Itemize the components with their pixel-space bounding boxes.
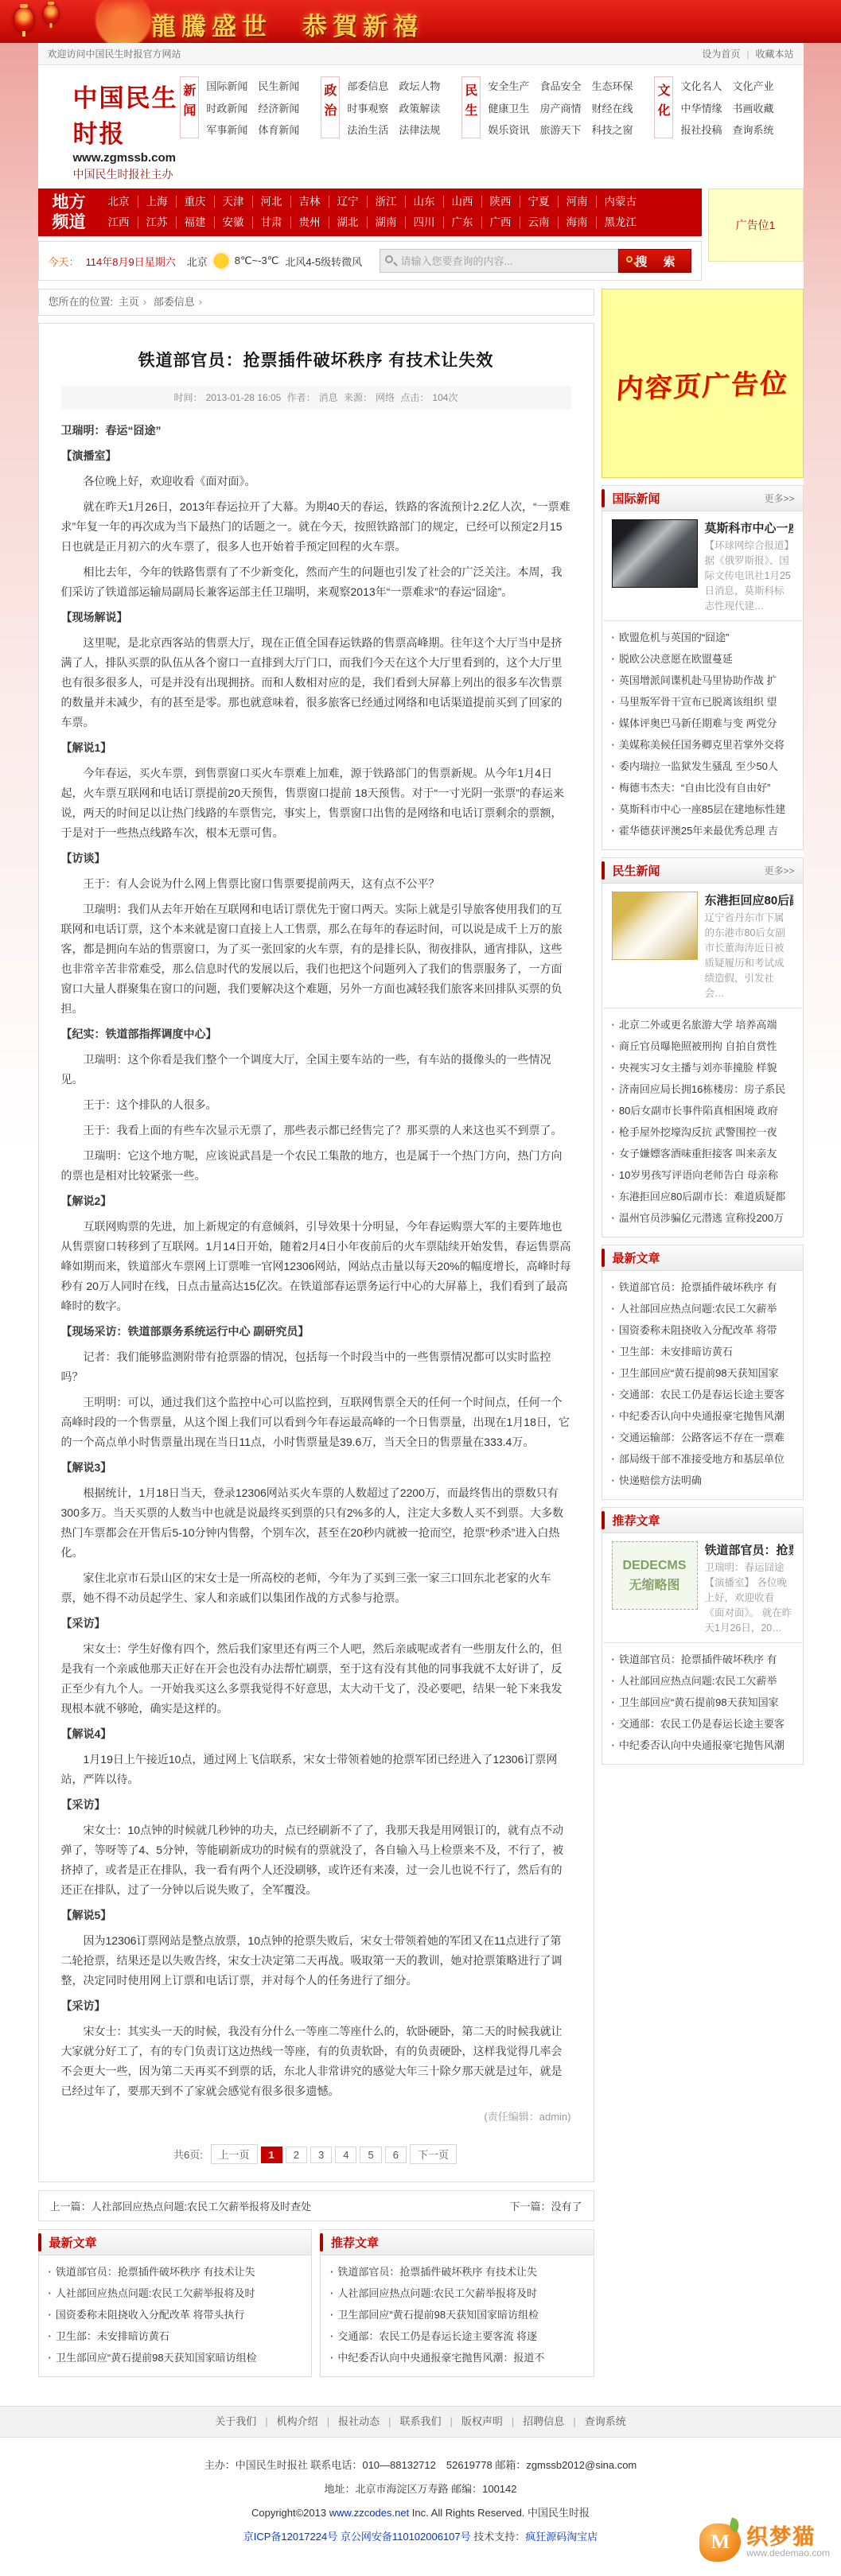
featured-news[interactable]: 莫斯科市中心一座85层 【环球网综合报道】据《俄罗斯报》、国际文传电讯社1月25… bbox=[604, 511, 801, 621]
nav-link[interactable]: 书画收藏 bbox=[732, 99, 773, 119]
region-link[interactable]: 广西 bbox=[481, 216, 520, 228]
news-list-item[interactable]: 交通运输部：公路客运不存在一票难 bbox=[612, 1427, 793, 1448]
sun-icon bbox=[214, 254, 228, 268]
article-paragraph: 今年春运，买火车票，到售票窗口买火车票难上加难，源于铁路部门的售票新规。从今年1… bbox=[61, 763, 571, 843]
article-paragraph: 就在昨天1月26日，2013年春运拉开了大幕。为期40天的春运，铁路的客流预计2… bbox=[61, 497, 571, 557]
nav-link[interactable]: 体育新闻 bbox=[258, 120, 299, 140]
news-photo bbox=[612, 519, 698, 588]
today-label: 今天： bbox=[49, 254, 80, 269]
news-list-item[interactable]: 中纪委否认向中央通报豪宅抛售风潮 bbox=[612, 1405, 793, 1427]
article-paragraph: 宋女士：其实头一天的时候，我没有分什么一等座二等座什么的，软卧硬卧，第二天的时候… bbox=[61, 2022, 571, 2101]
region-label-line1: 地方 bbox=[38, 192, 100, 212]
footer-nav-item: 报社动态 bbox=[318, 2407, 380, 2437]
news-list-item[interactable]: 铁道部官员：抢票插件破坏秩序 有 bbox=[612, 1649, 793, 1670]
nav-link[interactable]: 生态环保 bbox=[591, 76, 633, 96]
news-list-item[interactable]: 人社部回应热点问题:农民工欠薪举 bbox=[612, 1298, 793, 1319]
news-list-item[interactable]: 卫生部回应“黄石提前98天获知国家暗访组检 bbox=[49, 2347, 302, 2368]
footer-nav-link[interactable]: 联系我们 bbox=[399, 2415, 441, 2427]
article-paragraph: 这里呢，是北京西客站的售票大厅，现在正值全国春运铁路的售票高峰期。往年这个大厅当… bbox=[61, 633, 571, 732]
pagination-page[interactable]: 6 bbox=[385, 2147, 407, 2163]
no-thumbnail-placeholder: DEDECMS 无缩略图 bbox=[612, 1541, 698, 1610]
set-home-link[interactable]: 设为首页 bbox=[702, 49, 740, 60]
article-paragraph: 【解说2】 bbox=[61, 1191, 571, 1211]
support-link[interactable]: 疯狂源码淘宝店 bbox=[525, 2531, 598, 2543]
footer-line-copyright: Copyright©2013 www.zzcodes.net Inc. All … bbox=[0, 2501, 841, 2525]
footer-nav-item: 版权声明 bbox=[442, 2407, 503, 2437]
news-list-item[interactable]: 交通部：农民工仍是春运长途主要客流 将逐 bbox=[330, 2325, 584, 2347]
region-nav: 地方 频道 北京上海重庆天津河北吉林辽宁浙江山东山西陕西宁夏河南内蒙古 江西江苏… bbox=[38, 188, 702, 236]
meta-source: 网络 bbox=[376, 392, 395, 403]
region-weather-row: 地方 频道 北京上海重庆天津河北吉林辽宁浙江山东山西陕西宁夏河南内蒙古 江西江苏… bbox=[38, 188, 804, 281]
article-paragraph: 【解说4】 bbox=[61, 1724, 571, 1744]
new-year-ornament bbox=[95, 0, 151, 43]
copyright-prefix: Copyright©2013 bbox=[251, 2507, 326, 2519]
next-article-link[interactable]: 下一篇：没有了 bbox=[509, 2198, 582, 2213]
meta-clicks: 104次 bbox=[432, 392, 457, 403]
search-button-label: 搜 索 bbox=[635, 255, 681, 269]
nav-link[interactable]: 健康卫生 bbox=[488, 99, 529, 119]
news-list-item[interactable]: 莫斯科市中心一座85层在建地标性建 bbox=[612, 798, 793, 820]
region-link[interactable]: 安徽 bbox=[214, 216, 252, 228]
lantern-icon bbox=[43, 5, 58, 24]
meta-author-label: 作者： bbox=[287, 392, 316, 403]
featured-title[interactable]: 东港拒回应80后副市长 bbox=[705, 892, 793, 908]
site-logo[interactable]: 中国民生时报 www.zgmssb.com 中国民生时报社主办 bbox=[46, 75, 181, 182]
bottom-sections: 最新文章 铁道部官员：抢票插件破坏秩序 有技术让失人社部回应热点问题:农民工欠薪… bbox=[38, 2229, 594, 2377]
region-link[interactable]: 重庆 bbox=[176, 196, 214, 208]
region-link[interactable]: 山西 bbox=[443, 196, 481, 208]
news-list-item[interactable]: 铁道部官员：抢票插件破坏秩序 有技术让失 bbox=[330, 2261, 584, 2283]
footer-nav-item: 关于我们 bbox=[215, 2407, 256, 2437]
footer-nav-item: 联系我们 bbox=[380, 2407, 441, 2437]
security-license-link[interactable]: 京公网安备110102006107号 bbox=[341, 2531, 471, 2543]
search-button[interactable]: 搜 索 bbox=[618, 249, 691, 273]
article-paragraph: 【解说5】 bbox=[61, 1906, 571, 1925]
breadcrumb: 您所在的位置: 主页 部委信息 bbox=[38, 289, 594, 316]
region-link[interactable]: 湖南 bbox=[367, 216, 405, 228]
news-list-item[interactable]: 委内瑞拉一监狱发生骚乱 至少50人 bbox=[612, 756, 793, 777]
footer-nav: 关于我们机构介绍报社动态联系我们版权声明招聘信息查询系统 bbox=[0, 2406, 841, 2438]
footer-nav-link[interactable]: 关于我们 bbox=[215, 2415, 256, 2427]
breadcrumb-separator bbox=[142, 296, 148, 308]
news-list-item[interactable]: 卫生部回应“黄石提前98天获知国家 bbox=[612, 1692, 793, 1713]
news-list-item[interactable]: 80后女副市长事件陷真相困境 政府 bbox=[612, 1100, 793, 1121]
news-list-item[interactable]: 快递赔偿方法明确 bbox=[612, 1470, 793, 1491]
pagination-page[interactable]: 5 bbox=[360, 2147, 381, 2163]
article-paragraph: 【采访】 bbox=[61, 1996, 571, 2016]
article: 铁道部官员：抢票插件破坏秩序 有技术让失效 时间：2013-01-28 16:0… bbox=[38, 323, 594, 2182]
meta-time-label: 时间： bbox=[174, 392, 203, 403]
weather-bar: 今天： 114年8月9日星期六 北京 8℃~-3℃ 北风4-5级转微风 搜 索 bbox=[38, 241, 702, 281]
dedemao-logo[interactable]: M 织梦猫 www.dedemao.com bbox=[699, 2524, 830, 2562]
icp-license-link[interactable]: 京ICP备12017224号 bbox=[243, 2531, 338, 2543]
news-list-item[interactable]: 卫生部回应“黄石提前98天获知国家暗访组检 bbox=[330, 2304, 584, 2325]
news-list-item[interactable]: 国资委称未阻挠收入分配改革 将带头执行 bbox=[49, 2304, 302, 2325]
logo-title: 中国民生时报 bbox=[73, 78, 181, 150]
nav-link[interactable]: 报社投稿 bbox=[680, 120, 722, 140]
region-link[interactable]: 浙江 bbox=[367, 196, 405, 208]
page-root: 龍騰盛世 恭賀新禧 欢迎访问中国民生时报官方网站 设为首页|收藏本站 中国民生时… bbox=[0, 0, 841, 2576]
meta-source-label: 来源： bbox=[344, 392, 372, 403]
weather-city: 北京 bbox=[187, 254, 208, 269]
nav-link[interactable]: 中华情缘 bbox=[680, 99, 722, 119]
nav-tag: 新闻 bbox=[180, 76, 199, 138]
news-list-item[interactable]: 卫生部回应“黄石提前98天获知国家 bbox=[612, 1362, 793, 1384]
nav-link[interactable]: 经济新闻 bbox=[258, 99, 299, 119]
featured-summary: 【环球网综合报道】据《俄罗斯报》、国际文传电讯社1月25日消息，莫斯科标志性现代… bbox=[705, 538, 793, 614]
article-paragraph: 【纪实：铁道部指挥调度中心】 bbox=[61, 1024, 571, 1044]
news-list-item[interactable]: 媒体评奥巴马新任期难与变 两党分 bbox=[612, 713, 793, 734]
article-paragraph: 王于：有人会说为什么网上售票比窗口售票要提前两天，这有点不公平？ bbox=[61, 874, 571, 894]
nav-link[interactable]: 政策解读 bbox=[399, 99, 440, 119]
news-list-item[interactable]: 交通部：农民工仍是春运长途主要客 bbox=[612, 1384, 793, 1405]
today-date: 114年8月9日星期六 bbox=[86, 254, 176, 269]
region-link[interactable]: 甘肃 bbox=[252, 216, 290, 228]
footer-nav-link[interactable]: 版权声明 bbox=[461, 2415, 503, 2427]
footer-nav-item: 机构介绍 bbox=[256, 2407, 317, 2437]
copyright-site-link[interactable]: www.zzcodes.net bbox=[329, 2507, 409, 2519]
nav-link[interactable]: 法治生活 bbox=[347, 120, 388, 140]
nav-link[interactable]: 国际新闻 bbox=[206, 76, 247, 96]
footer-line-address: 地址：北京市海淀区万寿路 邮编：100142 bbox=[0, 2477, 841, 2501]
article-paragraph: 相比去年，今年的铁路售票有了不少新变化，然而产生的问题也引发了社会的广泛关注。本… bbox=[61, 562, 571, 602]
news-list-item[interactable]: 铁道部官员：抢票插件破坏秩序 有技术让失 bbox=[49, 2261, 302, 2283]
dedemao-cat-icon: M bbox=[699, 2524, 741, 2562]
region-link[interactable]: 吉林 bbox=[290, 196, 329, 208]
pagination-page[interactable]: 2 bbox=[286, 2147, 307, 2163]
more-link[interactable]: 更多>> bbox=[764, 864, 794, 877]
bottom-latest-articles: 最新文章 铁道部官员：抢票插件破坏秩序 有技术让失人社部回应热点问题:农民工欠薪… bbox=[38, 2229, 313, 2377]
region-link[interactable]: 江西 bbox=[100, 216, 138, 228]
region-link[interactable]: 辽宁 bbox=[329, 196, 367, 208]
footer-nav-link[interactable]: 报社动态 bbox=[338, 2415, 380, 2427]
article-paragraph: 王明明：可以，通过我们这个监控中心可以监控到，互联网售票全天的任何一个时间点，任… bbox=[61, 1393, 571, 1452]
news-list-item[interactable]: 10岁男孩写评语向老师告白 母亲称 bbox=[612, 1164, 793, 1186]
main-nav: 新闻 国际新闻民生新闻 时政新闻经济新闻 军事新闻体育新闻 政治 部委信息政坛人… bbox=[180, 75, 795, 182]
search-icon bbox=[626, 256, 633, 262]
section-title: 最新文章 bbox=[602, 1249, 660, 1266]
article-paragraph: 互联网购票的先进，加上新规定的有意倾斜，引导效果十分明显，今年春运购票大军的主要… bbox=[61, 1217, 571, 1316]
dedemao-m: M bbox=[711, 2531, 730, 2554]
news-list-item[interactable]: 央视实习女主播与刘亦菲撞脸 样貌 bbox=[612, 1057, 793, 1078]
welcome-text: 欢迎访问中国民生时报官方网站 bbox=[48, 43, 181, 64]
region-link[interactable]: 河北 bbox=[252, 196, 290, 208]
region-link[interactable]: 福建 bbox=[176, 216, 214, 228]
nav-link[interactable]: 财经在线 bbox=[591, 99, 633, 119]
site-header: 中国民生时报 www.zgmssb.com 中国民生时报社主办 新闻 国际新闻民… bbox=[38, 65, 804, 188]
article-paragraph: 宋女士：10点钟的时候就几秒钟的功夫，点已经刷新不了了，我那天我是用网银订的，就… bbox=[61, 1820, 571, 1900]
article-paragraph: 根据统计，1月18日当天，登录12306网站买火车票的人数超过了2200万，而最… bbox=[61, 1483, 571, 1563]
nav-link[interactable]: 时事观察 bbox=[347, 99, 388, 119]
region-link[interactable]: 四川 bbox=[405, 216, 443, 228]
region-link[interactable]: 广东 bbox=[443, 216, 481, 228]
news-list-item[interactable]: 美媒称美候任国务卿克里若掌外交将 bbox=[612, 734, 793, 756]
nav-link[interactable]: 娱乐资讯 bbox=[488, 120, 529, 140]
ad-slot-1[interactable]: 广告位1 bbox=[708, 188, 804, 262]
article-paragraph: 1月19日上午接近10点，通过网上飞信联系，宋女士带领着她的抢票军团已经进入了1… bbox=[61, 1750, 571, 1789]
article-paragraph: 家住北京市石景山区的宋女士是一所高校的老师，今年为了买到三张一家三口回东北老家的… bbox=[61, 1568, 571, 1608]
weather-wind: 北风4-5级转微风 bbox=[285, 254, 362, 269]
sidebar-section-world-news: 国际新闻 更多>> 莫斯科市中心一座85层 【环球网综合报道】据《俄罗斯报》、国… bbox=[602, 485, 804, 850]
article-paragraph: 各位晚上好，欢迎收看《面对面》。 bbox=[61, 472, 571, 491]
article-body: 卫瑞明：春运“囧途”【演播室】各位晚上好，欢迎收看《面对面》。就在昨天1月26日… bbox=[61, 421, 571, 2127]
article-paragraph: 【现场采访：铁道部票务系统运行中心 副研究员】 bbox=[61, 1322, 571, 1342]
news-list-item[interactable]: 东港拒回应80后副市长：难道质疑都 bbox=[612, 1186, 793, 1207]
news-list-item[interactable]: 人社部回应热点问题:农民工欠薪举报将及时 bbox=[49, 2283, 302, 2304]
region-link[interactable]: 江苏 bbox=[138, 216, 176, 228]
logo-url: www.zgmssb.com bbox=[73, 151, 181, 165]
news-photo bbox=[612, 892, 698, 960]
news-list-item[interactable]: 卫生部：未安排暗访黄石 bbox=[612, 1341, 793, 1362]
region-link[interactable]: 云南 bbox=[520, 216, 558, 228]
featured-title[interactable]: 铁道部官员：抢票插件 bbox=[705, 1541, 793, 1558]
breadcrumb-home[interactable]: 主页 bbox=[119, 296, 139, 308]
bottom-recommended-articles: 推荐文章 铁道部官员：抢票插件破坏秩序 有技术让失人社部回应热点问题:农民工欠薪… bbox=[320, 2229, 594, 2377]
meta-author: 消息 bbox=[319, 392, 338, 403]
news-list-item[interactable]: 枪手屋外挖壕沟反抗 武警围控一夜 bbox=[612, 1121, 793, 1143]
region-link[interactable]: 宁夏 bbox=[520, 196, 558, 208]
region-link[interactable]: 贵州 bbox=[290, 216, 329, 228]
news-list-item[interactable]: 济南回应局长拥16栋楼房：房子系民 bbox=[612, 1078, 793, 1100]
news-list-item[interactable]: 卫生部：未安排暗访黄石 bbox=[49, 2325, 302, 2347]
featured-summary: 辽宁省丹东市下属的东港市80后女副市长董海涛近日被质疑履历和考试成绩造假，引发社… bbox=[705, 911, 793, 1001]
news-list-item[interactable]: 温州官员涉骗亿元潜逃 宣称投200万 bbox=[612, 1207, 793, 1229]
news-list-item[interactable]: 霍华德获评澳25年来最优秀总理 吉 bbox=[612, 820, 793, 841]
news-list-item[interactable]: 女子嫌嫖客酒味重拒接客 叫来亲友 bbox=[612, 1143, 793, 1164]
nav-link[interactable]: 部委信息 bbox=[347, 76, 388, 96]
welcome-bar: 欢迎访问中国民生时报官方网站 设为首页|收藏本站 bbox=[38, 43, 804, 65]
news-list-item[interactable]: 交通部：农民工仍是春运长途主要客 bbox=[612, 1713, 793, 1735]
news-list-item[interactable]: 中纪委否认向中央通报豪宅抛售风潮 bbox=[612, 1735, 793, 1756]
nav-group-culture: 文化 文化名人文化产业 中华情缘书画收藏 报社投稿查询系统 bbox=[654, 76, 784, 182]
content-column: 您所在的位置: 主页 部委信息 铁道部官员：抢票插件破坏秩序 有技术让失效 时间… bbox=[38, 289, 594, 2388]
nav-group-news: 新闻 国际新闻民生新闻 时政新闻经济新闻 军事新闻体育新闻 bbox=[180, 76, 310, 182]
article-paragraph: 因为12306订票网站是整点放票，10点钟的抢票失败后，宋女士带领着她的军团又在… bbox=[61, 1931, 571, 1991]
region-link[interactable]: 河南 bbox=[558, 196, 596, 208]
sidebar-section-livelihood-news: 民生新闻 更多>> 东港拒回应80后副市长 辽宁省丹东市下属的东港市80后女副市… bbox=[602, 857, 804, 1237]
weather-temp: 8℃~-3℃ bbox=[235, 254, 279, 267]
nav-tag: 政治 bbox=[321, 76, 340, 138]
news-list-item[interactable]: 商丘官员曝艳照被刑拘 自拍自赏性 bbox=[612, 1035, 793, 1057]
nav-link[interactable]: 文化产业 bbox=[732, 76, 773, 96]
nav-link[interactable]: 政坛人物 bbox=[399, 76, 440, 96]
banner-greeting: 龍騰盛世 恭賀新禧 bbox=[151, 6, 423, 42]
lantern-icon bbox=[14, 8, 33, 32]
region-link[interactable]: 内蒙古 bbox=[596, 196, 645, 208]
nav-link[interactable]: 房产商情 bbox=[539, 99, 581, 119]
footer-nav-item: 招聘信息 bbox=[503, 2407, 564, 2437]
nav-tag: 民生 bbox=[461, 76, 481, 138]
section-title: 推荐文章 bbox=[602, 1512, 660, 1529]
featured-news[interactable]: 东港拒回应80后副市长 辽宁省丹东市下属的东港市80后女副市长董海涛近日被质疑履… bbox=[604, 884, 801, 1008]
meta-clicks-label: 点击： bbox=[400, 392, 429, 403]
news-list-item[interactable]: 英国增派间谍机赴马里协助作战 扩 bbox=[612, 670, 793, 691]
sidebar-section-recommended-articles: 推荐文章 DEDECMS 无缩略图 铁道部官员：抢票插件 卫瑞明：春运囧途 【演… bbox=[602, 1507, 804, 1765]
more-link[interactable]: 更多>> bbox=[764, 491, 794, 505]
pagination-next[interactable]: 下一页 bbox=[410, 2144, 457, 2164]
article-paragraph: 【访谈】 bbox=[61, 849, 571, 868]
news-list-item[interactable]: 北京二外或更名旅游大学 培养高端 bbox=[612, 1014, 793, 1035]
content-ad-label: 内容页广告位 bbox=[614, 361, 789, 406]
article-paragraph: 卫瑞明：我们从去年开始在互联网和电话订票优先于窗口两天。实际上就是引导旅客使用我… bbox=[61, 899, 571, 1019]
nav-tag: 文化 bbox=[654, 76, 673, 138]
section-title: 最新文章 bbox=[39, 2234, 97, 2251]
region-link[interactable]: 海南 bbox=[558, 216, 596, 228]
section-title: 民生新闻 bbox=[602, 862, 660, 879]
featured-news[interactable]: DEDECMS 无缩略图 铁道部官员：抢票插件 卫瑞明：春运囧途 【演播室】 各… bbox=[604, 1533, 801, 1643]
news-list-item[interactable]: 梅德韦杰夫：“自由比没有自由好” bbox=[612, 777, 793, 798]
region-link[interactable]: 北京 bbox=[100, 196, 138, 208]
nav-link[interactable]: 查询系统 bbox=[732, 120, 773, 140]
article-paragraph: 【演播室】 bbox=[61, 446, 571, 466]
pagination: 共6页: 上一页123456下一页 bbox=[61, 2144, 571, 2164]
article-paragraph: 王于：我看上面的有些车次显示无票了，那些表示都已经售完了？那买票的人来这也买不到… bbox=[61, 1121, 571, 1140]
region-link[interactable]: 湖北 bbox=[329, 216, 367, 228]
sidebar: 内容页广告位 国际新闻 更多>> 莫斯科市中心一座85层 【环球网综合报道】据《… bbox=[602, 289, 804, 1772]
add-favorite-link[interactable]: 收藏本站 bbox=[755, 49, 793, 60]
main-columns: 您所在的位置: 主页 部委信息 铁道部官员：抢票插件破坏秩序 有技术让失效 时间… bbox=[38, 281, 804, 2388]
article-paragraph: 记者：我们能够监测附带有抢票器的情况，包括每一个时段当中的一些售票情况都可以实时… bbox=[61, 1347, 571, 1387]
divider: | bbox=[746, 49, 749, 60]
search-input[interactable] bbox=[380, 249, 618, 273]
logo-subtitle: 中国民生时报社主办 bbox=[73, 166, 181, 182]
news-list-item[interactable]: 国资委称未阻挠收入分配改革 将带 bbox=[612, 1319, 793, 1341]
nav-link[interactable]: 文化名人 bbox=[680, 76, 722, 96]
news-list-item[interactable]: 人社部回应热点问题:农民工欠薪举 bbox=[612, 1670, 793, 1692]
pagination-page[interactable]: 3 bbox=[310, 2147, 332, 2163]
news-list-item[interactable]: 脱欧公决意愿在欧盟蔓延 bbox=[612, 648, 793, 670]
footer-nav-link[interactable]: 查询系统 bbox=[585, 2415, 626, 2427]
news-list-item[interactable]: 中纪委否认向中央通报豪宅抛售风潮：报道不 bbox=[330, 2347, 584, 2368]
featured-title[interactable]: 莫斯科市中心一座85层 bbox=[705, 519, 793, 536]
section-title: 国际新闻 bbox=[602, 490, 660, 507]
article-paragraph: 卫瑞明：春运“囧途” bbox=[61, 421, 571, 441]
article-paragraph: 【解说3】 bbox=[61, 1458, 571, 1478]
breadcrumb-prefix: 您所在的位置: bbox=[49, 296, 114, 308]
breadcrumb-separator bbox=[197, 296, 204, 308]
dedemao-url: www.dedemao.com bbox=[746, 2547, 830, 2559]
news-list-item[interactable]: 马里叛军骨干宣布已脱离该组织 望 bbox=[612, 691, 793, 713]
article-paragraph: 【采访】 bbox=[61, 1614, 571, 1634]
page-shell: 欢迎访问中国民生时报官方网站 设为首页|收藏本站 中国民生时报 www.zgms… bbox=[38, 43, 804, 2388]
pagination-page[interactable]: 4 bbox=[335, 2147, 356, 2163]
dedemao-name: 织梦猫 bbox=[746, 2527, 830, 2547]
nav-link[interactable]: 时政新闻 bbox=[206, 99, 247, 119]
nav-link[interactable]: 科技之窗 bbox=[591, 120, 633, 140]
region-link[interactable]: 陕西 bbox=[481, 196, 520, 208]
placeholder-line: 无缩略图 bbox=[629, 1575, 679, 1593]
support-label: 技术支持： bbox=[473, 2531, 525, 2543]
copyright-suffix: Inc. All Rights Reserved. 中国民生时报 bbox=[412, 2507, 590, 2519]
ad-slot-1-label: 广告位1 bbox=[736, 217, 776, 233]
breadcrumb-category[interactable]: 部委信息 bbox=[154, 296, 195, 308]
footer-info: 主办：中国民生时报社 联系电话：010—88132712 52619778 邮箱… bbox=[0, 2438, 841, 2576]
sidebar-section-latest-articles: 最新文章 铁道部官员：抢票插件破坏秩序 有人社部回应热点问题:农民工欠薪举国资委… bbox=[602, 1245, 804, 1500]
nav-link[interactable]: 民生新闻 bbox=[258, 76, 299, 96]
festival-banner: 龍騰盛世 恭賀新禧 bbox=[0, 0, 841, 43]
prev-next-bar: 上一篇：人社部回应热点问题:农民工欠薪举报将及时查处 下一篇：没有了 bbox=[38, 2190, 594, 2221]
footer-nav-link[interactable]: 机构介绍 bbox=[277, 2415, 318, 2427]
article-paragraph: 【现场解说】 bbox=[61, 608, 571, 627]
region-link[interactable]: 上海 bbox=[138, 196, 176, 208]
nav-group-livelihood: 民生 安全生产食品安全生态环保 健康卫生房产商情财经在线 娱乐资讯旅游天下科技之… bbox=[461, 76, 643, 182]
region-label-line2: 频道 bbox=[38, 212, 100, 232]
footer-nav-item: 查询系统 bbox=[564, 2407, 625, 2437]
section-title: 推荐文章 bbox=[321, 2234, 379, 2251]
article-paragraph: 【解说1】 bbox=[61, 738, 571, 758]
nav-group-politics: 政治 部委信息政坛人物 时事观察政策解读 法治生活法律法规 bbox=[321, 76, 450, 182]
article-paragraph: (责任编辑：admin) bbox=[61, 2107, 571, 2127]
footer-nav-link[interactable]: 招聘信息 bbox=[523, 2415, 564, 2427]
footer-line-organizer: 主办：中国民生时报社 联系电话：010—88132712 52619778 邮箱… bbox=[0, 2454, 841, 2477]
news-list-item[interactable]: 铁道部官员：抢票插件破坏秩序 有 bbox=[612, 1276, 793, 1298]
news-list-item[interactable]: 人社部回应热点问题:农民工欠薪举报将及时 bbox=[330, 2283, 584, 2304]
featured-summary: 卫瑞明：春运囧途 【演播室】 各位晚上好，欢迎收看《面对面》。 就在昨天1月26… bbox=[705, 1560, 793, 1636]
pagination-page[interactable]: 1 bbox=[261, 2147, 282, 2163]
region-label: 地方 频道 bbox=[38, 188, 100, 236]
content-ad[interactable]: 内容页广告位 bbox=[602, 289, 804, 478]
nav-link[interactable]: 食品安全 bbox=[539, 76, 581, 96]
article-paragraph: 王于：这个排队的人很多。 bbox=[61, 1095, 571, 1115]
nav-link[interactable]: 军事新闻 bbox=[206, 120, 247, 140]
article-paragraph: 【采访】 bbox=[61, 1795, 571, 1815]
article-paragraph: 宋女士：学生好像有四个，然后我们家里还有两三个人吧，然后亲戚呢或者有一些朋友什么… bbox=[61, 1639, 571, 1719]
nav-link[interactable]: 旅游天下 bbox=[539, 120, 581, 140]
region-link[interactable]: 山东 bbox=[405, 196, 443, 208]
meta-time: 2013-01-28 16:05 bbox=[206, 392, 282, 403]
nav-link[interactable]: 法律法规 bbox=[399, 120, 440, 140]
region-link[interactable]: 天津 bbox=[214, 196, 252, 208]
article-paragraph: 卫瑞明：它这个地方呢，应该说武昌是一个农民工集散的地方，也是属于一个热门方向，热… bbox=[61, 1146, 571, 1186]
search-icon bbox=[385, 255, 393, 263]
prev-article-link[interactable]: 上一篇：人社部回应热点问题:农民工欠薪举报将及时查处 bbox=[50, 2198, 312, 2213]
placeholder-line: DEDECMS bbox=[622, 1559, 686, 1573]
news-list-item[interactable]: 欧盟危机与英国的“囧途” bbox=[612, 627, 793, 648]
news-list-item[interactable]: 部局级干部不准接受地方和基层单位 bbox=[612, 1448, 793, 1470]
article-meta: 时间：2013-01-28 16:05 作者：消息 来源：网络 点击：104次 bbox=[61, 386, 571, 410]
region-link[interactable]: 黑龙江 bbox=[596, 216, 645, 228]
article-paragraph: 卫瑞明：这个你看是我们整个一个调度大厅，全国主要车站的一些，有车站的摄像头的一些… bbox=[61, 1050, 571, 1090]
nav-link[interactable]: 安全生产 bbox=[488, 76, 529, 96]
pagination-prev[interactable]: 上一页 bbox=[211, 2144, 258, 2164]
pagination-summary: 共6页: bbox=[173, 2149, 203, 2161]
article-title: 铁道部官员：抢票插件破坏秩序 有技术让失效 bbox=[61, 348, 571, 371]
